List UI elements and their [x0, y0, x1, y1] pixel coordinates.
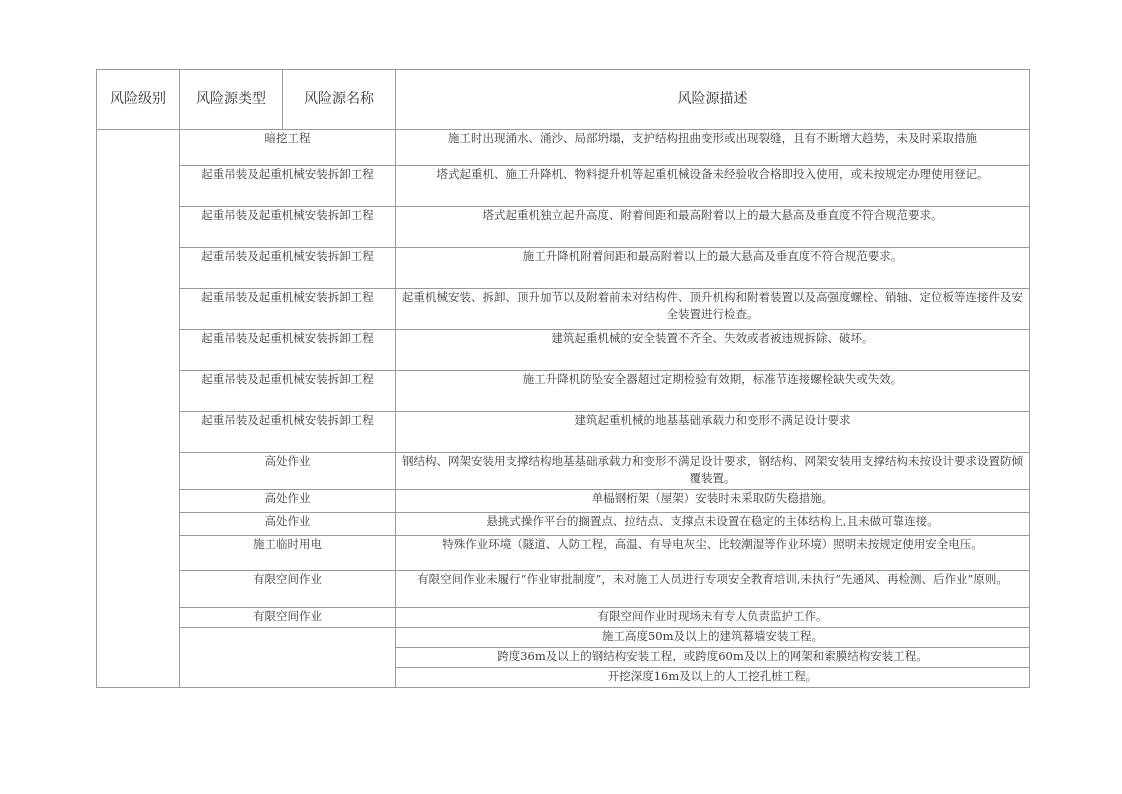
risk-type-cell: 施工临时用电	[180, 536, 396, 571]
risk-description-cell: 特殊作业环境（隧道、人防工程，高温、有导电灰尘、比较潮湿等作业环境）照明未按规定…	[396, 536, 1030, 571]
risk-type-cell: 有限空间作业	[180, 608, 396, 628]
table-row: 起重吊装及起重机械安装拆卸工程 建筑起重机械的安全装置不齐全、失效或者被违规拆除…	[97, 330, 1030, 371]
table-row: 高处作业 单榀钢桁架（屋架）安装时未采取防失稳措施。	[97, 490, 1030, 513]
risk-type-cell	[180, 628, 396, 688]
risk-description-cell: 单榀钢桁架（屋架）安装时未采取防失稳措施。	[396, 490, 1030, 513]
table-row: 有限空间作业 有限空间作业时现场未有专人负责监护工作。	[97, 608, 1030, 628]
risk-type-cell: 起重吊装及起重机械安装拆卸工程	[180, 207, 396, 248]
table-row: 高处作业 钢结构、网架安装用支撑结构地基基础承载力和变形不满足设计要求，钢结构、…	[97, 453, 1030, 490]
risk-description-cell: 塔式起重机、施工升降机、物料提升机等起重机械设备未经验收合格即投入使用，或未按规…	[396, 166, 1030, 207]
risk-type-cell: 起重吊装及起重机械安装拆卸工程	[180, 166, 396, 207]
risk-description-cell: 起重机械安装、拆卸、顶升加节以及附着前未对结构件、顶升机构和附着装置以及高强度螺…	[396, 289, 1030, 330]
risk-level-cell	[97, 130, 180, 688]
table-row: 施工高度50m及以上的建筑幕墙安装工程。	[97, 628, 1030, 648]
table-row: 起重吊装及起重机械安装拆卸工程 塔式起重机、施工升降机、物料提升机等起重机械设备…	[97, 166, 1030, 207]
risk-type-cell: 暗挖工程	[180, 130, 396, 166]
risk-description-cell: 悬挑式操作平台的搁置点、拉结点、支撑点未设置在稳定的主体结构上,且未做可靠连接。	[396, 513, 1030, 536]
risk-type-cell: 有限空间作业	[180, 571, 396, 608]
risk-description-cell: 开挖深度16m及以上的人工挖孔桩工程。	[396, 668, 1030, 688]
risk-description-cell: 塔式起重机独立起升高度、附着间距和最高附着以上的最大悬高及垂直度不符合规范要求。	[396, 207, 1030, 248]
table-row: 起重吊装及起重机械安装拆卸工程 建筑起重机械的地基基础承载力和变形不满足设计要求	[97, 412, 1030, 453]
risk-type-cell: 高处作业	[180, 490, 396, 513]
header-risk-description: 风险源描述	[396, 70, 1030, 130]
table-header-row: 风险级别 风险源类型 风险源名称 风险源描述	[97, 70, 1030, 130]
risk-description-cell: 建筑起重机械的安全装置不齐全、失效或者被违规拆除、破坏。	[396, 330, 1030, 371]
header-risk-name: 风险源名称	[283, 70, 396, 130]
risk-description-cell: 钢结构、网架安装用支撑结构地基基础承载力和变形不满足设计要求，钢结构、网架安装用…	[396, 453, 1030, 490]
risk-description-cell: 有限空间作业时现场未有专人负责监护工作。	[396, 608, 1030, 628]
risk-type-cell: 起重吊装及起重机械安装拆卸工程	[180, 412, 396, 453]
table-row: 高处作业 悬挑式操作平台的搁置点、拉结点、支撑点未设置在稳定的主体结构上,且未做…	[97, 513, 1030, 536]
header-risk-type: 风险源类型	[180, 70, 283, 130]
risk-description-cell: 跨度36m及以上的钢结构安装工程，或跨度60m及以上的网架和索膜结构安装工程。	[396, 648, 1030, 668]
document-page: 风险级别 风险源类型 风险源名称 风险源描述 暗挖工程 施工时出现涌水、涌沙、局…	[0, 0, 1122, 794]
risk-description-cell: 施工高度50m及以上的建筑幕墙安装工程。	[396, 628, 1030, 648]
header-risk-level: 风险级别	[97, 70, 180, 130]
risk-type-cell: 起重吊装及起重机械安装拆卸工程	[180, 248, 396, 289]
risk-description-cell: 施工时出现涌水、涌沙、局部坍塌，支护结构扭曲变形或出现裂缝，且有不断增大趋势，未…	[396, 130, 1030, 166]
risk-type-cell: 起重吊装及起重机械安装拆卸工程	[180, 330, 396, 371]
risk-description-cell: 施工升降机附着间距和最高附着以上的最大悬高及垂直度不符合规范要求。	[396, 248, 1030, 289]
risk-type-cell: 起重吊装及起重机械安装拆卸工程	[180, 289, 396, 330]
table-row: 暗挖工程 施工时出现涌水、涌沙、局部坍塌，支护结构扭曲变形或出现裂缝，且有不断增…	[97, 130, 1030, 166]
risk-type-cell: 高处作业	[180, 513, 396, 536]
table-row: 起重吊装及起重机械安装拆卸工程 塔式起重机独立起升高度、附着间距和最高附着以上的…	[97, 207, 1030, 248]
risk-description-cell: 施工升降机防坠安全器超过定期检验有效期，标准节连接螺栓缺失或失效。	[396, 371, 1030, 412]
risk-description-cell: 有限空间作业未履行“作业审批制度”，未对施工人员进行专项安全教育培训,未执行“先…	[396, 571, 1030, 608]
risk-type-cell: 起重吊装及起重机械安装拆卸工程	[180, 371, 396, 412]
table-row: 起重吊装及起重机械安装拆卸工程 起重机械安装、拆卸、顶升加节以及附着前未对结构件…	[97, 289, 1030, 330]
table-row: 有限空间作业 有限空间作业未履行“作业审批制度”，未对施工人员进行专项安全教育培…	[97, 571, 1030, 608]
table-row: 施工临时用电 特殊作业环境（隧道、人防工程，高温、有导电灰尘、比较潮湿等作业环境…	[97, 536, 1030, 571]
table-row: 起重吊装及起重机械安装拆卸工程 施工升降机附着间距和最高附着以上的最大悬高及垂直…	[97, 248, 1030, 289]
risk-type-cell: 高处作业	[180, 453, 396, 490]
risk-description-cell: 建筑起重机械的地基基础承载力和变形不满足设计要求	[396, 412, 1030, 453]
risk-source-table: 风险级别 风险源类型 风险源名称 风险源描述 暗挖工程 施工时出现涌水、涌沙、局…	[96, 69, 1030, 688]
table-row: 起重吊装及起重机械安装拆卸工程 施工升降机防坠安全器超过定期检验有效期，标准节连…	[97, 371, 1030, 412]
